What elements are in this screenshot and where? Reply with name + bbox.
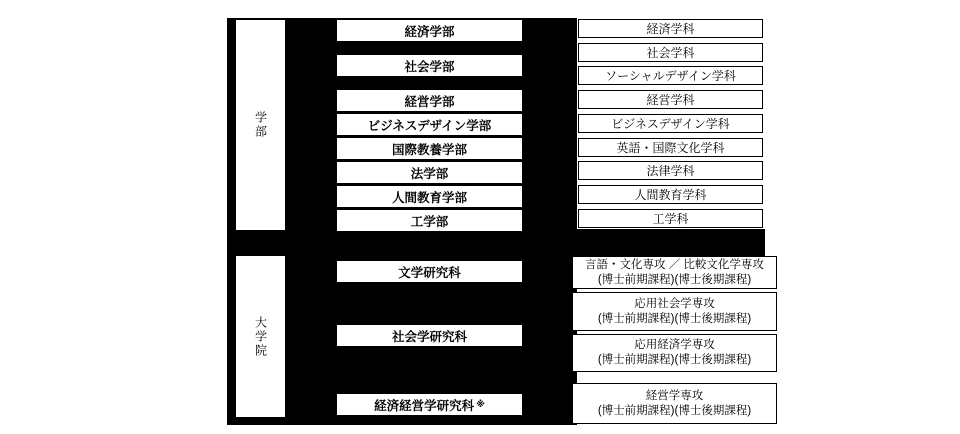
faculty-label: 社会学部 (404, 57, 454, 75)
grad-school-label: 社会学研究科 (392, 327, 467, 345)
department-label: 工学科 (652, 210, 688, 227)
department-label: 人間教育学科 (634, 186, 706, 203)
grad-school-label: 経済経営学研究科 (374, 396, 474, 414)
department-label: 英語・国際文化学科 (616, 139, 724, 156)
faculty-box: 社会学部 (337, 55, 522, 76)
faculty-box: 法学部 (337, 162, 522, 183)
section-label-text: 学部 (255, 111, 267, 139)
faculty-box: ビジネスデザイン学部 (337, 114, 522, 135)
program-courses: (博士前期課程)(博士後期課程) (598, 353, 751, 368)
faculty-label: ビジネスデザイン学部 (368, 116, 492, 134)
grad-school-box: 文学研究科 (337, 261, 522, 282)
department-label: 法律学科 (646, 162, 694, 179)
program-majors: 経営学専攻 (646, 389, 704, 404)
department-box: ソーシャルデザイン学科 (578, 66, 763, 85)
faculty-label: 経営学部 (404, 92, 454, 110)
faculty-label: 人間教育学部 (392, 188, 467, 206)
section-label-undergrad: 学部 (236, 20, 285, 230)
department-label: ソーシャルデザイン学科 (605, 67, 736, 84)
department-label: 経済学科 (646, 20, 694, 37)
department-box: 経営学科 (578, 90, 763, 109)
faculty-box: 国際教養学部 (337, 138, 522, 159)
grad-school-label: 文学研究科 (398, 263, 461, 281)
department-box: ビジネスデザイン学科 (578, 114, 763, 133)
program-courses: (博士前期課程)(博士後期課程) (598, 312, 751, 327)
department-box: 社会学科 (578, 43, 763, 62)
faculty-box: 経営学部 (337, 90, 522, 111)
program-courses: (博士前期課程)(博士後期課程) (598, 404, 751, 419)
department-box: 法律学科 (578, 161, 763, 180)
program-courses: (博士前期課程)(博士後期課程) (598, 273, 751, 288)
university-org-chart: 学部 大学院 経済学部 社会学部 経営学部 ビジネスデザイン学部 国際教養学部 … (0, 0, 960, 434)
section-divider-band (577, 229, 765, 256)
program-box: 経営学専攻 (博士前期課程)(博士後期課程) (572, 383, 777, 424)
department-label: 社会学科 (646, 44, 694, 61)
program-box: 言語・文化専攻 ／ 比較文化学専攻 (博士前期課程)(博士後期課程) (572, 256, 777, 289)
program-box: 応用経済学専攻 (博士前期課程)(博士後期課程) (572, 334, 777, 372)
department-box: 経済学科 (578, 19, 763, 38)
program-majors: 応用経済学専攻 (634, 338, 715, 353)
program-majors: 言語・文化専攻 ／ 比較文化学専攻 (585, 258, 764, 273)
faculty-label: 法学部 (411, 164, 449, 182)
department-box: 人間教育学科 (578, 185, 763, 204)
faculty-box: 経済学部 (337, 20, 522, 41)
grad-school-box: 経済経営学研究科※ (337, 394, 522, 415)
faculty-label: 国際教養学部 (392, 140, 467, 158)
faculty-label: 工学部 (411, 212, 449, 230)
program-box: 応用社会学専攻 (博士前期課程)(博士後期課程) (572, 292, 777, 331)
department-box: 英語・国際文化学科 (578, 138, 763, 157)
section-label-graduate: 大学院 (236, 256, 285, 417)
department-label: ビジネスデザイン学科 (611, 115, 730, 132)
department-box: 工学科 (578, 209, 763, 228)
section-label-text: 大学院 (255, 316, 267, 358)
faculty-label: 経済学部 (404, 22, 454, 40)
department-label: 経営学科 (646, 91, 694, 108)
faculty-box: 工学部 (337, 210, 522, 231)
grad-school-box: 社会学研究科 (337, 325, 522, 346)
footnote-marker: ※ (476, 399, 485, 410)
faculty-box: 人間教育学部 (337, 186, 522, 207)
program-majors: 応用社会学専攻 (634, 297, 715, 312)
